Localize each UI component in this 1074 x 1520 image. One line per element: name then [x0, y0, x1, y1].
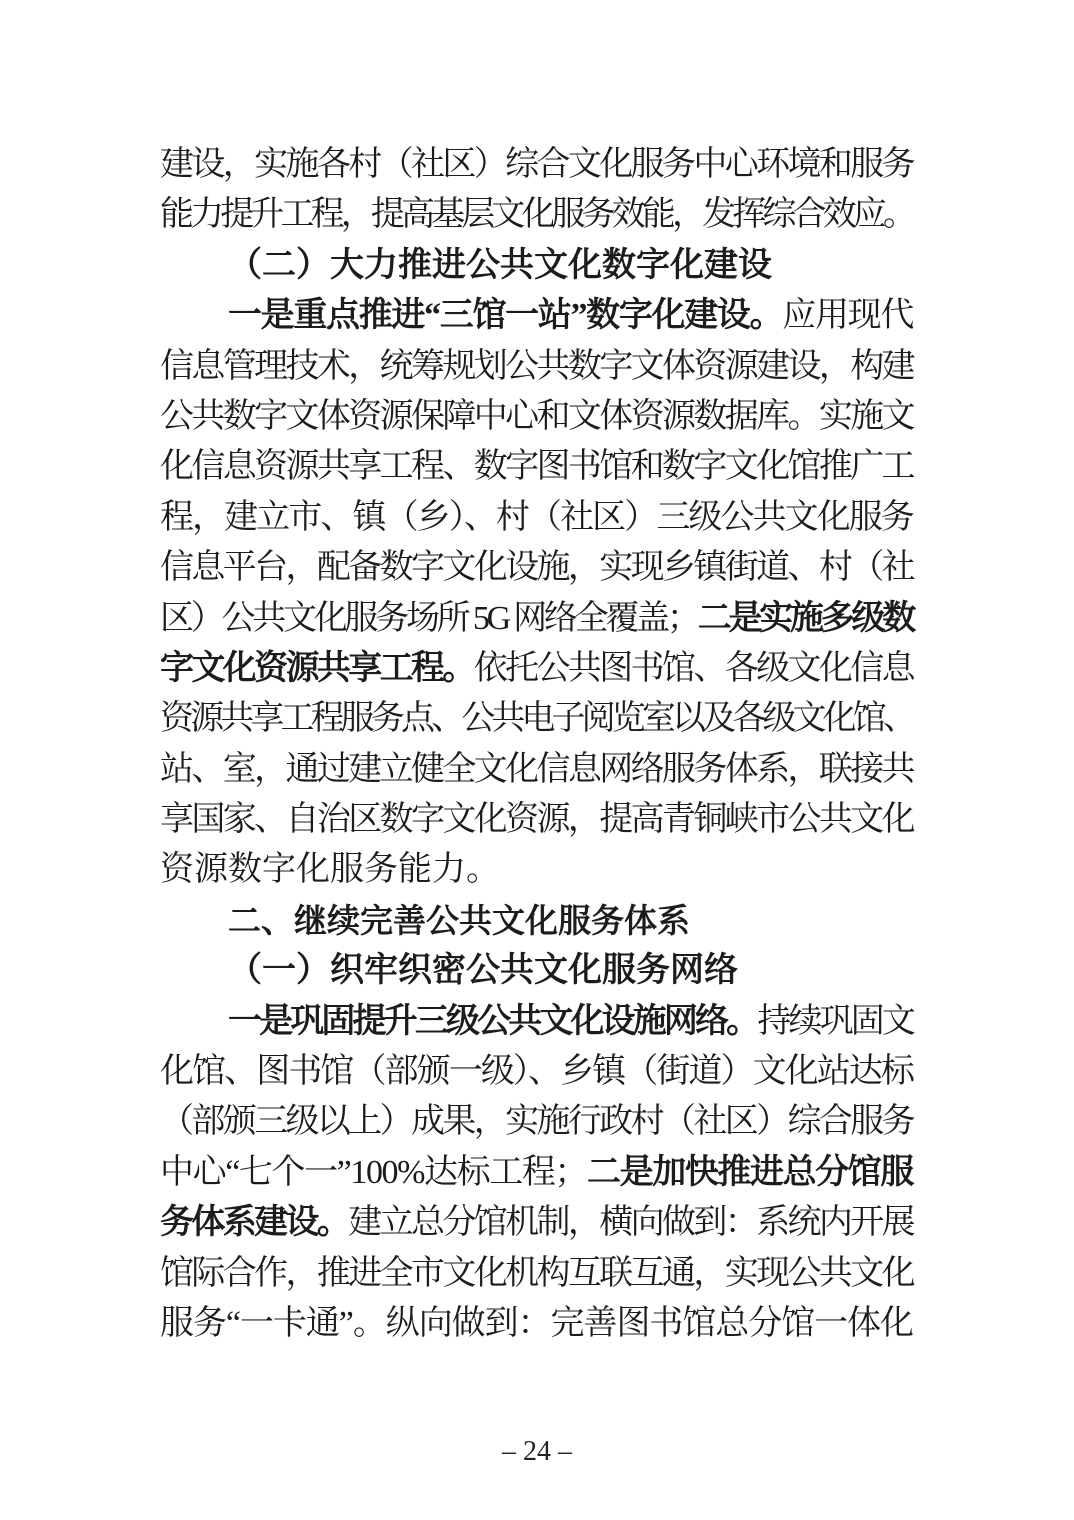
text-line-content: 资源共享工程服务点、公共电子阅览室以及各级文化馆、 — [160, 700, 913, 737]
text-line-content: 享国家、自治区数字文化资源，提高青铜峡市公共文化 — [160, 801, 913, 838]
text-line: 站、室，通过建立健全文化信息网络服务体系，联接共 — [160, 745, 913, 795]
text-segment: 中心“七个一”100%达标工程； — [160, 1154, 587, 1191]
text-line: 信息管理技术，统筹规划公共数字文体资源建设，构建 — [160, 342, 913, 392]
text-line: 资源共享工程服务点、公共电子阅览室以及各级文化馆、 — [160, 694, 913, 744]
text-line-content: 二、继续完善公共文化服务体系 — [228, 902, 690, 939]
text-line-content: 化馆、图书馆（部颁一级）、乡镇（街道）文化站达标 — [160, 1053, 913, 1090]
text-segment-bold: 二是加快推进总分馆服 — [587, 1154, 913, 1191]
text-line-content: 站、室，通过建立健全文化信息网络服务体系，联接共 — [160, 751, 913, 788]
text-line: 中心“七个一”100%达标工程；二是加快推进总分馆服 — [160, 1148, 913, 1198]
text-line-content: 化信息资源共享工程、数字图书馆和数字文化馆推广工 — [160, 448, 913, 485]
text-line-content: （部颁三级以上）成果，实施行政村（社区）综合服务 — [160, 1103, 913, 1140]
text-segment: （部颁三级以上）成果，实施行政村（社区）综合服务 — [160, 1103, 913, 1140]
text-line-content: 馆际合作，推进全市文化机构互联互通，实现公共文化 — [160, 1255, 913, 1292]
text-segment: 化馆、图书馆（部颁一级）、乡镇（街道）文化站达标 — [160, 1053, 913, 1090]
text-segment-bold: 一是巩固提升三级公共文化设施网络。 — [228, 1003, 757, 1040]
text-line: （一）织牢织密公共文化服务网络 — [160, 946, 913, 996]
text-line: 公共数字文体资源保障中心和文体资源数据库。实施文 — [160, 392, 913, 442]
text-segment-bold: （一）织牢织密公共文化服务网络 — [228, 952, 738, 989]
text-line: （部颁三级以上）成果，实施行政村（社区）综合服务 — [160, 1097, 913, 1147]
text-segment: 建立总分馆机制，横向做到：系统内开展 — [348, 1204, 913, 1241]
text-line-content: 一是重点推进“三馆一站”数字化建设。应用现代 — [228, 297, 913, 334]
text-line: 化信息资源共享工程、数字图书馆和数字文化馆推广工 — [160, 442, 913, 492]
text-segment: 服务“一卡通”。纵向做到：完善图书馆总分馆一体化 — [160, 1305, 913, 1342]
text-line: 享国家、自治区数字文化资源，提高青铜峡市公共文化 — [160, 795, 913, 845]
text-segment-bold: （二）大力推进公共文化数字化建设 — [228, 247, 772, 284]
text-line: 程，建立市、镇（乡）、村（社区）三级公共文化服务 — [160, 493, 913, 543]
document-text-block: 建设，实施各村（社区）综合文化服务中心环境和服务能力提升工程，提高基层文化服务效… — [160, 140, 913, 1349]
text-line-content: 服务“一卡通”。纵向做到：完善图书馆总分馆一体化 — [160, 1305, 913, 1342]
text-line-content: （一）织牢织密公共文化服务网络 — [228, 952, 738, 989]
text-segment-bold: 二、继续完善公共文化服务体系 — [228, 902, 690, 939]
text-segment: 区）公共文化服务场所 5G 网络全覆盖； — [160, 600, 698, 637]
text-line-content: 建设，实施各村（社区）综合文化服务中心环境和服务 — [160, 146, 913, 183]
text-line: 馆际合作，推进全市文化机构互联互通，实现公共文化 — [160, 1249, 913, 1299]
text-segment-bold: 二是实施多级数 — [698, 600, 913, 637]
text-line-content: 能力提升工程，提高基层文化服务效能，发挥综合效应。 — [160, 196, 913, 233]
text-segment-bold: 务体系建设。 — [160, 1204, 348, 1241]
text-segment-bold: 一是重点推进“三馆一站”数字化建设。 — [228, 297, 782, 334]
text-line: 资源数字化服务能力。 — [160, 845, 913, 895]
text-line: 建设，实施各村（社区）综合文化服务中心环境和服务 — [160, 140, 913, 190]
text-line-content: 区）公共文化服务场所 5G 网络全覆盖；二是实施多级数 — [160, 600, 913, 637]
text-segment: 资源数字化服务能力。 — [160, 851, 500, 888]
text-segment: 依托公共图书馆、各级文化信息 — [474, 650, 913, 687]
text-line: 一是巩固提升三级公共文化设施网络。持续巩固文 — [160, 997, 913, 1047]
text-segment: 资源共享工程服务点、公共电子阅览室以及各级文化馆、 — [160, 700, 913, 737]
text-segment: 信息平台，配备数字文化设施，实现乡镇街道、村（社 — [160, 549, 913, 586]
text-segment: 化信息资源共享工程、数字图书馆和数字文化馆推广工 — [160, 448, 913, 485]
text-line: 区）公共文化服务场所 5G 网络全覆盖；二是实施多级数 — [160, 594, 913, 644]
text-segment: 建设，实施各村（社区）综合文化服务中心环境和服务 — [160, 146, 913, 183]
text-line: 字文化资源共享工程。依托公共图书馆、各级文化信息 — [160, 644, 913, 694]
text-segment: 公共数字文体资源保障中心和文体资源数据库。实施文 — [160, 398, 913, 435]
text-line-content: 一是巩固提升三级公共文化设施网络。持续巩固文 — [228, 1003, 913, 1040]
text-line-content: （二）大力推进公共文化数字化建设 — [228, 247, 772, 284]
text-segment: 程，建立市、镇（乡）、村（社区）三级公共文化服务 — [160, 499, 913, 536]
text-segment: 持续巩固文 — [757, 1003, 913, 1040]
text-line-content: 公共数字文体资源保障中心和文体资源数据库。实施文 — [160, 398, 913, 435]
text-line: 化馆、图书馆（部颁一级）、乡镇（街道）文化站达标 — [160, 1047, 913, 1097]
text-line: （二）大力推进公共文化数字化建设 — [160, 241, 913, 291]
text-line: 能力提升工程，提高基层文化服务效能，发挥综合效应。 — [160, 190, 913, 240]
text-segment: 馆际合作，推进全市文化机构互联互通，实现公共文化 — [160, 1255, 913, 1292]
text-line: 务体系建设。建立总分馆机制，横向做到：系统内开展 — [160, 1198, 913, 1248]
text-line-content: 程，建立市、镇（乡）、村（社区）三级公共文化服务 — [160, 499, 913, 536]
text-line-content: 信息管理技术，统筹规划公共数字文体资源建设，构建 — [160, 348, 913, 385]
text-line-content: 资源数字化服务能力。 — [160, 851, 500, 888]
page-number: – 24 – — [0, 1432, 1074, 1472]
text-segment: 信息管理技术，统筹规划公共数字文体资源建设，构建 — [160, 348, 913, 385]
text-line-content: 信息平台，配备数字文化设施，实现乡镇街道、村（社 — [160, 549, 913, 586]
text-segment: 应用现代 — [782, 297, 913, 334]
text-segment-bold: 字文化资源共享工程。 — [160, 650, 474, 687]
text-line: 信息平台，配备数字文化设施，实现乡镇街道、村（社 — [160, 543, 913, 593]
text-segment: 站、室，通过建立健全文化信息网络服务体系，联接共 — [160, 751, 913, 788]
text-line-content: 字文化资源共享工程。依托公共图书馆、各级文化信息 — [160, 650, 913, 687]
document-page: 建设，实施各村（社区）综合文化服务中心环境和服务能力提升工程，提高基层文化服务效… — [0, 0, 1074, 1520]
text-line: 一是重点推进“三馆一站”数字化建设。应用现代 — [160, 291, 913, 341]
text-segment: 能力提升工程，提高基层文化服务效能，发挥综合效应。 — [160, 196, 913, 233]
text-segment: 享国家、自治区数字文化资源，提高青铜峡市公共文化 — [160, 801, 913, 838]
text-line: 二、继续完善公共文化服务体系 — [160, 896, 913, 946]
text-line-content: 中心“七个一”100%达标工程；二是加快推进总分馆服 — [160, 1154, 913, 1191]
text-line: 服务“一卡通”。纵向做到：完善图书馆总分馆一体化 — [160, 1299, 913, 1349]
text-line-content: 务体系建设。建立总分馆机制，横向做到：系统内开展 — [160, 1204, 913, 1241]
